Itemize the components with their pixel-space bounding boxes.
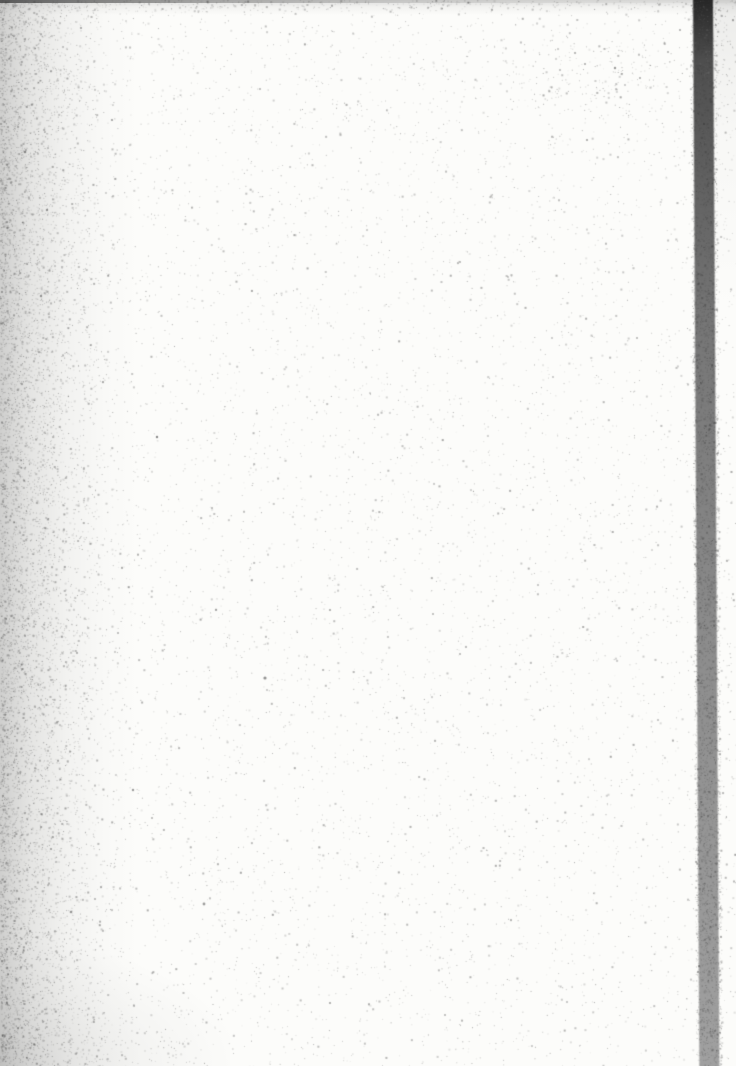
paper-grain-texture xyxy=(0,0,736,1066)
scanned-page xyxy=(0,0,736,1066)
